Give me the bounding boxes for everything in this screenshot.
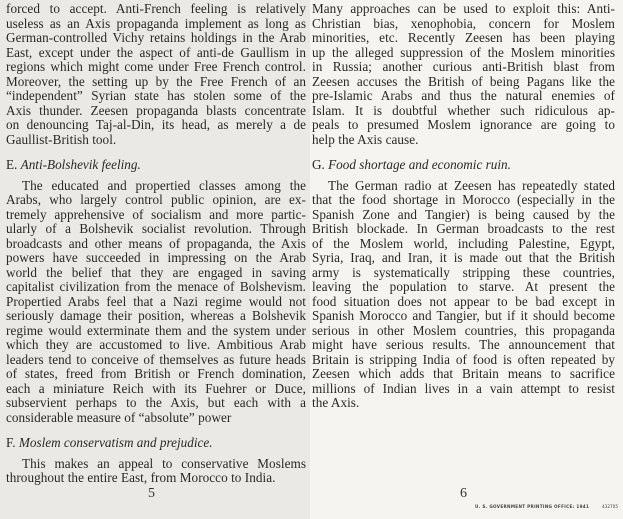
text-line: “independent” Syrian state has stolen so… — [6, 89, 306, 104]
text-line: useless as an Axis propaganda implement … — [6, 17, 306, 32]
text-line: food situation does not appear to be bad… — [312, 295, 615, 310]
text-line: seriously damage their position, whereas… — [6, 309, 306, 324]
text-line: forced to accept. Anti-French feeling is… — [6, 2, 306, 17]
text-line: British blockade. In German broadcasts t… — [312, 222, 615, 237]
text-line: considerable measure of “absolute” power — [6, 411, 306, 426]
section-e-paragraph: The educated and propertied classes amon… — [6, 179, 306, 426]
right-intro-paragraph: Many approaches can be used to exploit t… — [312, 0, 615, 147]
text-line: leaders tend to conceive of themselves a… — [6, 353, 306, 368]
text-line: Islam. It is doubtful whether such ridic… — [312, 104, 615, 119]
section-e-heading: E. Anti-Bolshevik feeling. — [6, 158, 306, 173]
section-f-title: Moslem conservatism and prejudice. — [19, 435, 213, 450]
text-line: Axis thunder. Zeesen propaganda blasts c… — [6, 104, 306, 119]
text-line: Spanish Morocco and Tangier, but if it s… — [312, 309, 615, 324]
section-g-heading: G. Food shortage and economic ruin. — [312, 158, 615, 173]
text-line: of the Moslem world, including Palestine… — [312, 237, 615, 252]
text-line: pre-Islamic Arabs and thus the natural e… — [312, 89, 615, 104]
text-line: broadcasts and other means of propaganda… — [6, 237, 306, 252]
text-line: subservient perhaps to the Axis, but eac… — [6, 396, 306, 411]
text-line: Christian bias, xenophobia, concern for … — [312, 17, 615, 32]
text-line: on denouncing Taj-al-Din, its head, as m… — [6, 118, 306, 133]
text-line: Syria, Iraq, and Iran, it is made out th… — [312, 251, 615, 266]
text-line: throughout the entire East, from Morocco… — [6, 471, 306, 486]
text-line: Gaullist-British tool. — [6, 133, 306, 148]
text-line: peals to presumed Moslem ignorance are g… — [312, 118, 615, 133]
section-e-letter: E. — [6, 157, 17, 172]
text-line: Britain is stripping India of food is of… — [312, 353, 615, 368]
text-line: The educated and propertied classes amon… — [6, 179, 306, 194]
text-line: ularly of a Bolshevik socialist revoluti… — [6, 222, 306, 237]
printing-office-imprint: U. S. GOVERNMENT PRINTING OFFICE: 1941 — [475, 504, 589, 509]
text-line: world the belief that they are engaged i… — [6, 266, 306, 281]
text-line: millions of Indian lives in a vain attem… — [312, 382, 615, 397]
text-line: minorities, etc. Recently Zeesen has bee… — [312, 31, 615, 46]
text-line: powers have succeeded in impressing on t… — [6, 251, 306, 266]
left-intro-paragraph: forced to accept. Anti-French feeling is… — [6, 0, 306, 147]
text-line: The German radio at Zeesen has repeatedl… — [312, 179, 615, 194]
text-line: leaving the population to starve. At pre… — [312, 280, 615, 295]
text-line: that the food shortage in Morocco (espec… — [312, 193, 615, 208]
page-5: forced to accept. Anti-French feeling is… — [0, 0, 310, 519]
text-line: regions which might come under Free Fren… — [6, 60, 306, 75]
section-e-title: Anti-Bolshevik feeling. — [21, 157, 141, 172]
section-f-heading: F. Moslem conservatism and prejudice. — [6, 436, 306, 451]
text-line: capitalist civilization from the menace … — [6, 280, 306, 295]
text-line: up the alleged suppression of the Moslem… — [312, 46, 615, 61]
text-line: Many approaches can be used to exploit t… — [312, 2, 615, 17]
text-line: tremely apprehensive of socialism and mo… — [6, 208, 306, 223]
section-g-paragraph: The German radio at Zeesen has repeatedl… — [312, 179, 615, 411]
text-line: Propertied Arabs feel that a Nazi regime… — [6, 295, 306, 310]
text-line: Arabs, who largely control public opinio… — [6, 193, 306, 208]
text-line: Zeesen which adds that Britain means to … — [312, 367, 615, 382]
text-line: Spanish Zone and Tangier) is being cause… — [312, 208, 615, 223]
text-line: in Russia; another curious anti-British … — [312, 60, 615, 75]
page-6: Many approaches can be used to exploit t… — [310, 0, 623, 519]
section-g-letter: G. — [312, 157, 325, 172]
text-line: of states, freed from British or French … — [6, 367, 306, 382]
text-line: which they are accustomed to live. Ambit… — [6, 338, 306, 353]
text-line: East, except under the aspect of anti-de… — [6, 46, 306, 61]
text-line: help the Axis cause. — [312, 133, 615, 148]
text-line: Zeesen accuses the British of being Paga… — [312, 75, 615, 90]
text-line: Moreover, the setting up by the Free Fre… — [6, 75, 306, 90]
text-line: might have serious results. The announce… — [312, 338, 615, 353]
text-line: each a miniature Reich with its Fuehrer … — [6, 382, 306, 397]
text-line: regime would exterminate them and the sy… — [6, 324, 306, 339]
page-number-6: 6 — [460, 486, 467, 502]
text-line: army is systematically stripping these c… — [312, 266, 615, 281]
section-f-paragraph: This makes an appeal to conservative Mos… — [6, 457, 306, 486]
text-line: This makes an appeal to conservative Mos… — [6, 457, 306, 472]
section-g-title: Food shortage and economic ruin. — [328, 157, 511, 172]
page-number-5: 5 — [148, 486, 155, 502]
section-f-letter: F. — [6, 435, 16, 450]
text-line: serious in other Moslem countries, this … — [312, 324, 615, 339]
print-code: 432705 — [602, 504, 618, 509]
text-line: the Axis. — [312, 396, 615, 411]
text-line: German-controlled Vichy retains holdings… — [6, 31, 306, 46]
